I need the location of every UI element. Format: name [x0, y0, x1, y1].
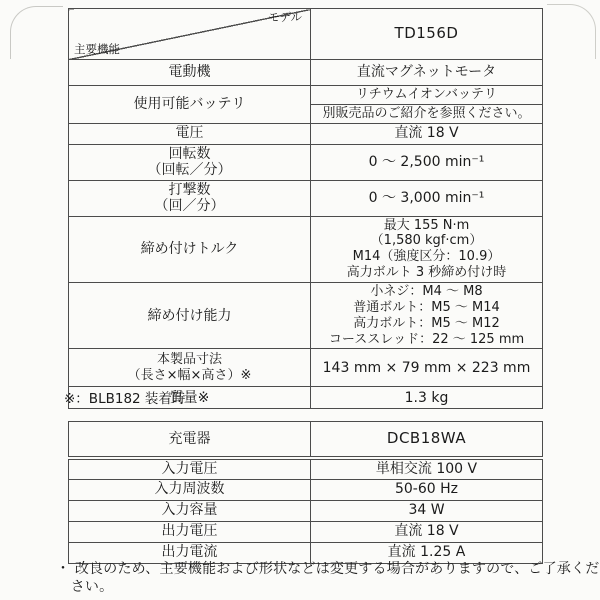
- table-row: 電圧 直流 18 V: [69, 123, 543, 144]
- table-row: 締め付け能力 小ネジ：M4 ～ M8 普通ボルト：M5 ～ M14 高力ボルト：…: [69, 283, 543, 349]
- charger-row-value: 直流 1.25 A: [311, 542, 543, 563]
- charger-row-label: 出力電圧: [69, 521, 311, 542]
- charger-row-value: 単相交流 100 V: [311, 458, 543, 479]
- model-header-label: モデル: [268, 11, 302, 25]
- charger-table: 充電器 DCB18WA 入力電圧 単相交流 100 V 入力周波数 50-60 …: [68, 421, 543, 564]
- charger-row-value: 直流 18 V: [311, 521, 543, 542]
- table-row: 出力電圧 直流 18 V: [69, 521, 543, 542]
- spec-row-value: 直流 18 V: [311, 123, 543, 144]
- spec-row-label: 締め付け能力: [69, 283, 311, 349]
- charger-row-value: 34 W: [311, 500, 543, 521]
- table-row: 回転数 （回転／分） 0 ～ 2,500 min⁻¹: [69, 144, 543, 180]
- spec-row-label: 電圧: [69, 123, 311, 144]
- spec-table: モデル 主要機能 TD156D 電動機 直流マグネットモータ 使用可能バッテリ …: [68, 8, 543, 409]
- spec-row-value: 0 ～ 3,000 min⁻¹: [311, 180, 543, 216]
- charger-row-value: 50-60 Hz: [311, 479, 543, 500]
- spec-row-value: 小ネジ：M4 ～ M8 普通ボルト：M5 ～ M14 高力ボルト：M5 ～ M1…: [311, 283, 543, 349]
- photo-corner-top-right: [547, 4, 596, 59]
- spec-row-value: 1.3 kg: [311, 387, 543, 409]
- table-row: 締め付けトルク 最大 155 N·m （1,580 kgf·cm） M14（強度…: [69, 216, 543, 282]
- table-row: 打撃数 （回／分） 0 ～ 3,000 min⁻¹: [69, 180, 543, 216]
- improvement-disclaimer-note: ・ 改良のため、主要機能および形状などは変更する場合がありますので、ご了承くださ…: [56, 561, 600, 597]
- spec-row-value: 0 ～ 2,500 min⁻¹: [311, 144, 543, 180]
- spec-row-value-note: 別販売品のご紹介を参照ください。: [311, 104, 543, 123]
- charger-model-value: DCB18WA: [311, 422, 543, 459]
- spec-row-label: 電動機: [69, 59, 311, 85]
- charger-row-label: 充電器: [69, 422, 311, 459]
- spec-row-value: 直流マグネットモータ: [311, 59, 543, 85]
- charger-row-label: 入力容量: [69, 500, 311, 521]
- spec-row-label: 使用可能バッテリ: [69, 85, 311, 123]
- table-row: 出力電流 直流 1.25 A: [69, 542, 543, 563]
- spec-header-row: モデル 主要機能 TD156D: [69, 9, 543, 60]
- diagonal-header-cell: モデル 主要機能: [69, 9, 311, 60]
- model-value: TD156D: [311, 9, 543, 60]
- table-row: 本製品寸法 （長さ×幅×高さ）※ 143 mm × 79 mm × 223 mm: [69, 349, 543, 387]
- photo-corner-top-left: [10, 6, 63, 59]
- spec-row-value: リチウムイオンバッテリ: [311, 85, 543, 104]
- table-row: 入力電圧 単相交流 100 V: [69, 458, 543, 479]
- spec-row-label: 回転数 （回転／分）: [69, 144, 311, 180]
- table-row: 電動機 直流マグネットモータ: [69, 59, 543, 85]
- table-row: 入力容量 34 W: [69, 500, 543, 521]
- battery-attached-footnote: ※：BLB182 装着時: [64, 387, 185, 407]
- spec-row-value: 143 mm × 79 mm × 223 mm: [311, 349, 543, 387]
- spec-row-value: 最大 155 N·m （1,580 kgf·cm） M14（強度区分：10.9）…: [311, 216, 543, 282]
- spec-row-label: 打撃数 （回／分）: [69, 180, 311, 216]
- charger-header-row: 充電器 DCB18WA: [69, 422, 543, 459]
- charger-row-label: 入力周波数: [69, 479, 311, 500]
- charger-row-label: 出力電流: [69, 542, 311, 563]
- table-row: 入力周波数 50-60 Hz: [69, 479, 543, 500]
- charger-row-label: 入力電圧: [69, 458, 311, 479]
- main-functions-header-label: 主要機能: [74, 43, 120, 57]
- spec-row-label: 本製品寸法 （長さ×幅×高さ）※: [69, 349, 311, 387]
- table-row: 使用可能バッテリ リチウムイオンバッテリ: [69, 85, 543, 104]
- spec-row-label: 締め付けトルク: [69, 216, 311, 282]
